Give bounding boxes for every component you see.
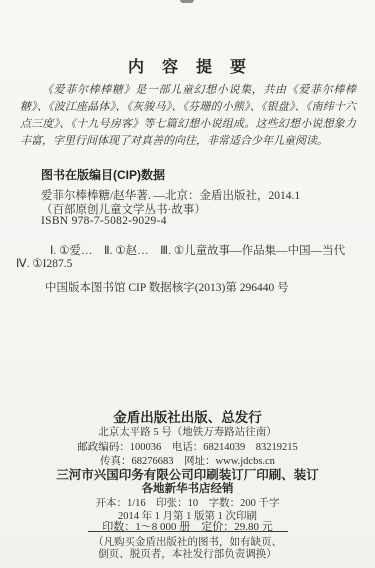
divider-line <box>88 531 288 532</box>
return-policy-note-line-2: 倒页、脱页者，本社发行部负责调换） <box>0 546 375 561</box>
publisher-line: 金盾出版社出版、总发行 <box>0 406 375 426</box>
cip-isbn-line: ISBN 978-7-5082-9029-4 <box>41 215 167 227</box>
postcode-phone-line: 邮政编码：100036 电话：68214039 83219215 <box>0 439 375 454</box>
scan-artifact-mark <box>180 0 194 3</box>
publisher-address-line: 北京太平路 5 号（地铁万寿路站往南） <box>0 424 375 439</box>
content-summary-title: 内 容 提 要 <box>0 54 375 77</box>
book-copyright-page: 内 容 提 要 《爱菲尔棒棒糖》是一部儿童幻想小说集，共由《爱菲尔棒棒糖》、《波… <box>0 0 375 568</box>
content-summary-text: 《爱菲尔棒棒糖》是一部儿童幻想小说集，共由《爱菲尔棒棒糖》、《波江座晶体》、《灰… <box>20 82 356 150</box>
cip-data-heading: 图书在版编目(CIP)数据 <box>41 166 165 183</box>
distributor-line: 各地新华书店经销 <box>0 480 375 496</box>
cip-classification-line-1: Ⅰ. ①爱… Ⅱ. ①赵… Ⅲ. ①儿童故事—作品集—中国—当代 <box>50 242 345 258</box>
cip-classification-line-2: Ⅳ. ①I287.5 <box>16 256 72 270</box>
cip-record-number-line: 中国版本图书馆 CIP 数据核字(2013)第 296440 号 <box>45 279 289 295</box>
